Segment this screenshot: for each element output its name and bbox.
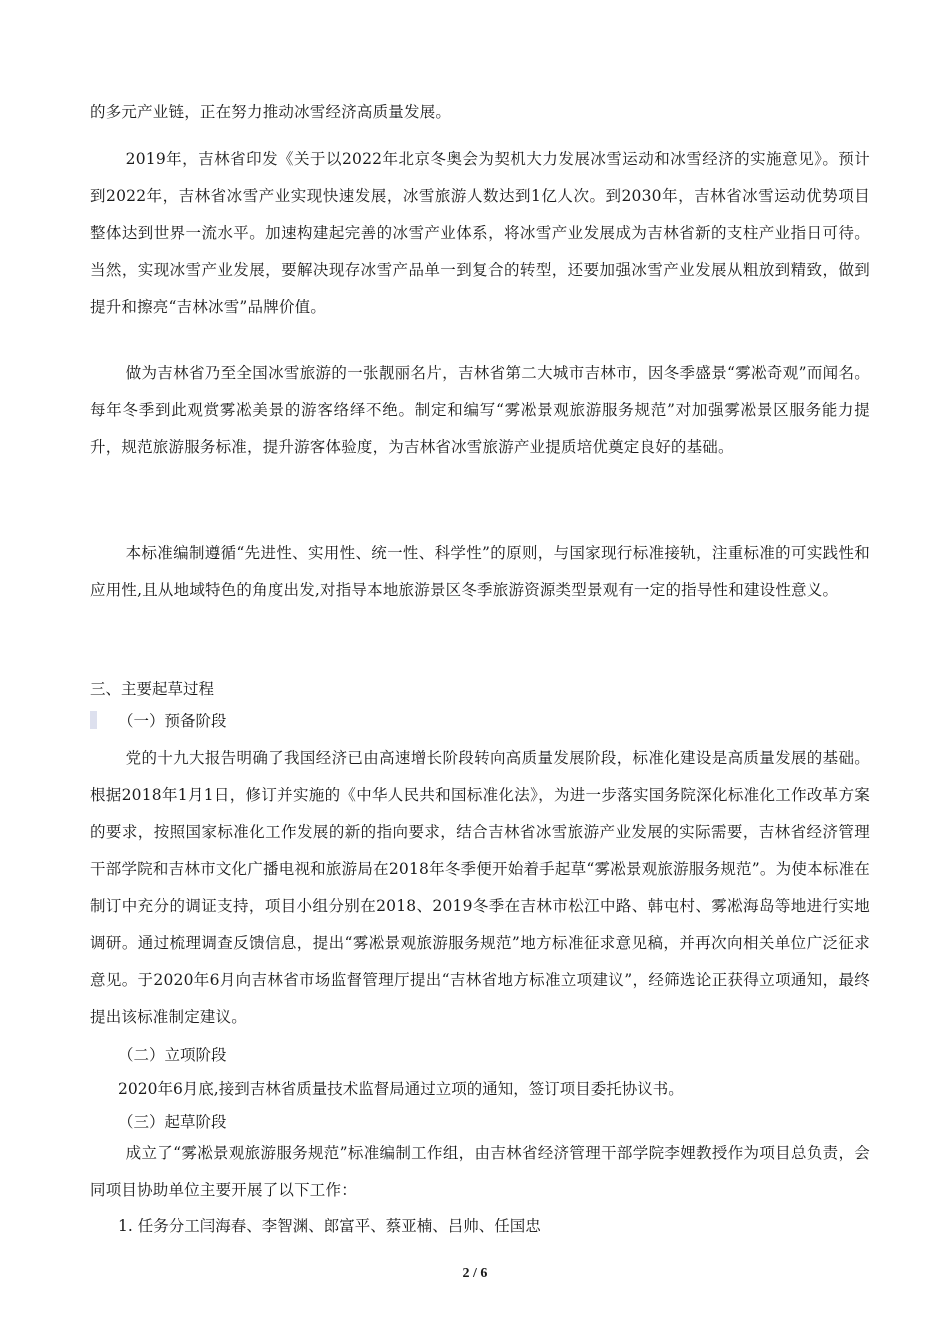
page-number: 2 / 6 [0, 1266, 950, 1282]
paragraph-continuation: 的多元产业链，正在努力推动冰雪经济高质量发展。 [90, 94, 870, 131]
paragraph-jilin-city: 做为吉林省乃至全国冰雪旅游的一张靓丽名片，吉林省第二大城市吉林市，因冬季盛景“雾… [90, 355, 870, 466]
paragraph-2019-policy: 2019年，吉林省印发《关于以2022年北京冬奥会为契机大力发展冰雪运动和冰雪经… [90, 141, 870, 326]
paragraph-approval: 2020年6月底,接到吉林省质量技术监督局通过立项的通知，签订项目委托协议书。 [118, 1077, 684, 1101]
list-item-task-division: 1. 任务分工闫海春、李智渊、郎富平、蔡亚楠、吕帅、任国忠 [118, 1214, 541, 1238]
subheading-drafting: （三）起草阶段 [118, 1110, 227, 1134]
document-page: 的多元产业链，正在努力推动冰雪经济高质量发展。 2019年，吉林省印发《关于以2… [0, 0, 950, 1344]
paragraph-principles: 本标准编制遵循“先进性、实用性、统一性、科学性”的原则，与国家现行标准接轨，注重… [90, 535, 870, 609]
cursor-marker [90, 711, 97, 729]
paragraph-drafting: 成立了“雾凇景观旅游服务规范”标准编制工作组，由吉林省经济管理干部学院李娌教授作… [90, 1135, 870, 1209]
section-heading-drafting-process: 三、主要起草过程 [90, 677, 214, 701]
subheading-preparation: （一）预备阶段 [118, 709, 227, 733]
paragraph-preparation: 党的十九大报告明确了我国经济已由高速增长阶段转向高质量发展阶段，标准化建设是高质… [90, 740, 870, 1036]
subheading-approval: （二）立项阶段 [118, 1043, 227, 1067]
